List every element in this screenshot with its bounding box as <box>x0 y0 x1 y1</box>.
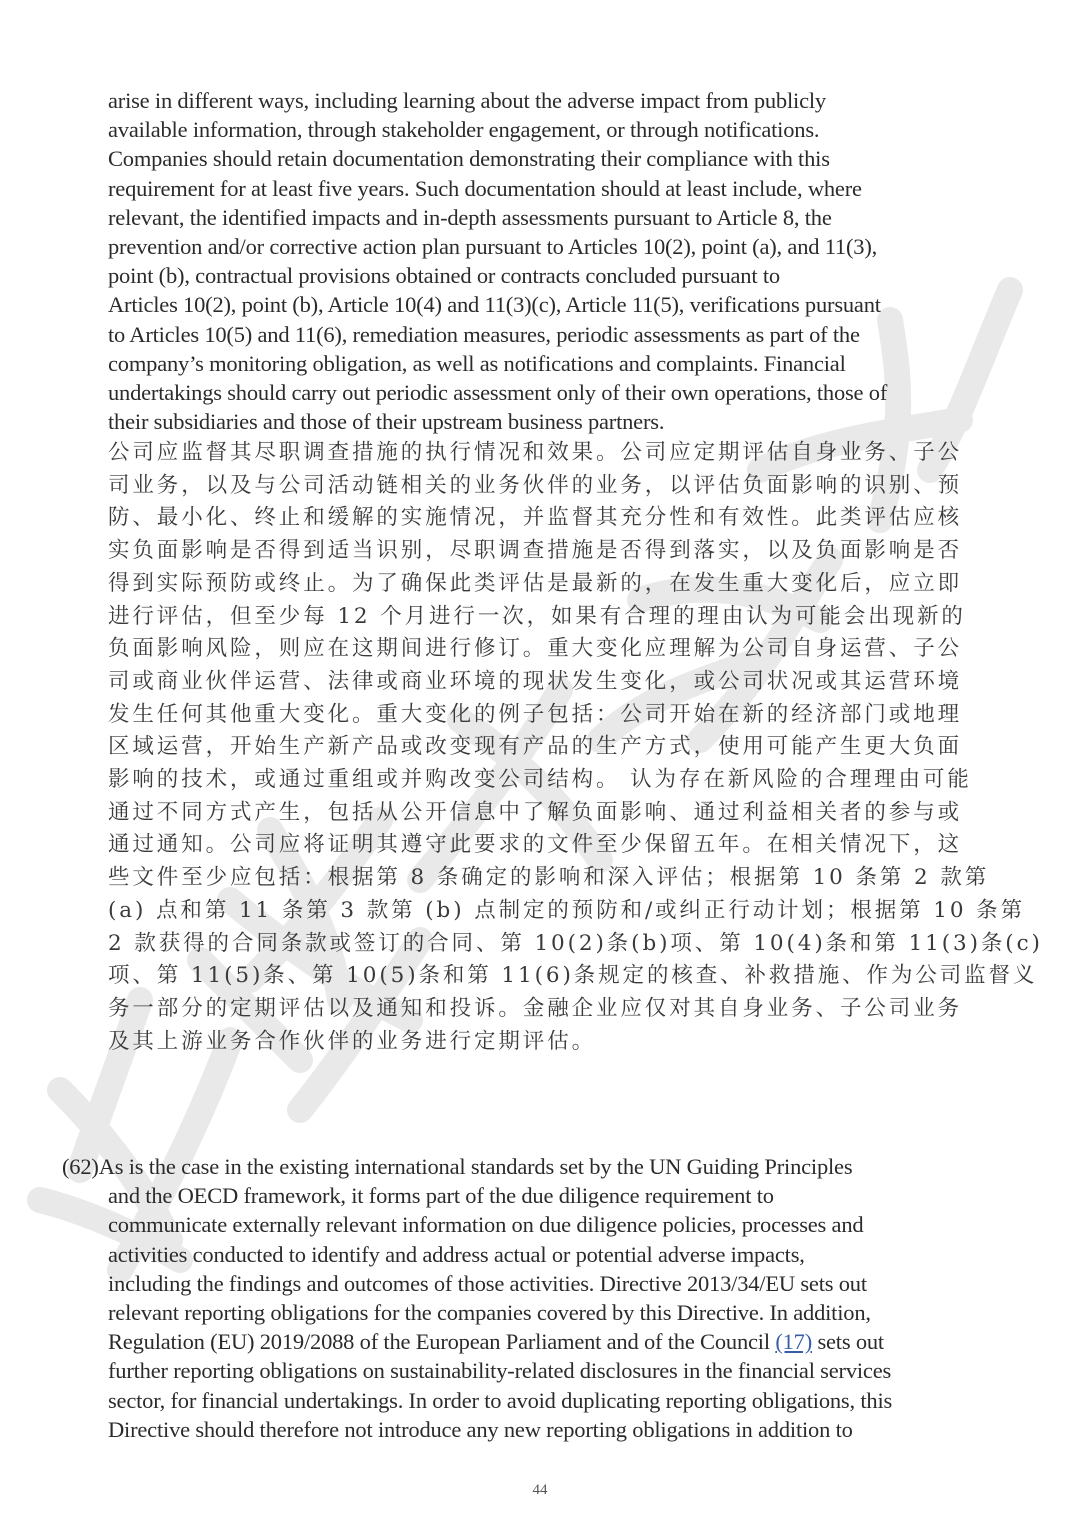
text-line: Directive should therefore not introduce… <box>108 1415 1022 1444</box>
text-line: 影响的技术，或通过重组或并购改变公司结构。 认为存在新风险的合理理由可能 <box>108 764 1008 797</box>
chinese-translation-paragraph: 公司应监督其尽职调查措施的执行情况和效果。公司应定期评估自身业务、子公 司业务，… <box>108 437 1008 1058</box>
text-line: 进行评估，但至少每 12 个月进行一次，如果有合理的理由认为可能会出现新的 <box>108 601 1008 634</box>
text-line: further reporting obligations on sustain… <box>108 1356 1022 1385</box>
text-line: Regulation (EU) 2019/2088 of the Europea… <box>108 1327 1022 1356</box>
text-line: 通过不同方式产生，包括从公开信息中了解负面影响、通过利益相关者的参与或 <box>108 797 1008 830</box>
text-line: Companies should retain documentation de… <box>108 144 1028 173</box>
text-line: 务一部分的定期评估以及通知和投诉。金融企业应仅对其自身业务、子公司业务 <box>108 993 1008 1026</box>
text-line: relevant reporting obligations for the c… <box>108 1298 1022 1327</box>
text-line: 发生任何其他重大变化。重大变化的例子包括：公司开始在新的经济部门或地理 <box>108 699 1008 732</box>
page-number: 44 <box>0 1482 1080 1499</box>
footnote-link-17[interactable]: (17) <box>775 1329 812 1354</box>
text-line: prevention and/or corrective action plan… <box>108 232 1028 261</box>
text-line: 项、第 11(5)条、第 10(5)条和第 11(6)条规定的核查、补救措施、作… <box>108 960 1008 993</box>
recital-62: (62)As is the case in the existing inter… <box>62 1152 1022 1444</box>
text-line: to Articles 10(5) and 11(6), remediation… <box>108 320 1028 349</box>
text-line: company’s monitoring obligation, as well… <box>108 349 1028 378</box>
text-line: 司业务，以及与公司活动链相关的业务伙伴的业务，以评估负面影响的识别、预 <box>108 470 1008 503</box>
text-line: requirement for at least five years. Suc… <box>108 174 1028 203</box>
text-line: (62)As is the case in the existing inter… <box>62 1152 1022 1181</box>
text-line: communicate externally relevant informat… <box>108 1210 1022 1239</box>
text-line: 公司应监督其尽职调查措施的执行情况和效果。公司应定期评估自身业务、子公 <box>108 437 1008 470</box>
text-line: 区域运营，开始生产新产品或改变现有产品的生产方式，使用可能产生更大负面 <box>108 731 1008 764</box>
text-line: their subsidiaries and those of their up… <box>108 407 1028 436</box>
text-line: Articles 10(2), point (b), Article 10(4)… <box>108 290 1028 319</box>
text-line: undertakings should carry out periodic a… <box>108 378 1028 407</box>
text-line: point (b), contractual provisions obtain… <box>108 261 1028 290</box>
text-line: available information, through stakehold… <box>108 115 1028 144</box>
recital-number: (62) <box>62 1154 99 1179</box>
text-line: (a) 点和第 11 条第 3 款第 (b) 点制定的预防和/或纠正行动计划；根… <box>108 895 1008 928</box>
text-line: 些文件至少应包括：根据第 8 条确定的影响和深入评估；根据第 10 条第 2 款… <box>108 862 1008 895</box>
text-line: and the OECD framework, it forms part of… <box>108 1181 1022 1210</box>
english-continuation-paragraph: arise in different ways, including learn… <box>108 86 1028 436</box>
text-line: 实负面影响是否得到适当识别，尽职调查措施是否得到落实，以及负面影响是否 <box>108 535 1008 568</box>
text-line: 及其上游业务合作伙伴的业务进行定期评估。 <box>108 1026 1008 1059</box>
text-line: 司或商业伙伴运营、法律或商业环境的现状发生变化，或公司状况或其运营环境 <box>108 666 1008 699</box>
document-page: arise in different ways, including learn… <box>0 0 1080 1527</box>
text-line: sector, for financial undertakings. In o… <box>108 1386 1022 1415</box>
text-line: activities conducted to identify and add… <box>108 1240 1022 1269</box>
text-line: 得到实际预防或终止。为了确保此类评估是最新的，在发生重大变化后，应立即 <box>108 568 1008 601</box>
text-line: 2 款获得的合同条款或签订的合同、第 10(2)条(b)项、第 10(4)条和第… <box>108 928 1008 961</box>
text-line: 通过通知。公司应将证明其遵守此要求的文件至少保留五年。在相关情况下，这 <box>108 829 1008 862</box>
text-line: arise in different ways, including learn… <box>108 86 1028 115</box>
text-line: 防、最小化、终止和缓解的实施情况，并监督其充分性和有效性。此类评估应核 <box>108 502 1008 535</box>
text-line: 负面影响风险，则应在这期间进行修订。重大变化应理解为公司自身运营、子公 <box>108 633 1008 666</box>
text-line: including the findings and outcomes of t… <box>108 1269 1022 1298</box>
text-line: relevant, the identified impacts and in-… <box>108 203 1028 232</box>
